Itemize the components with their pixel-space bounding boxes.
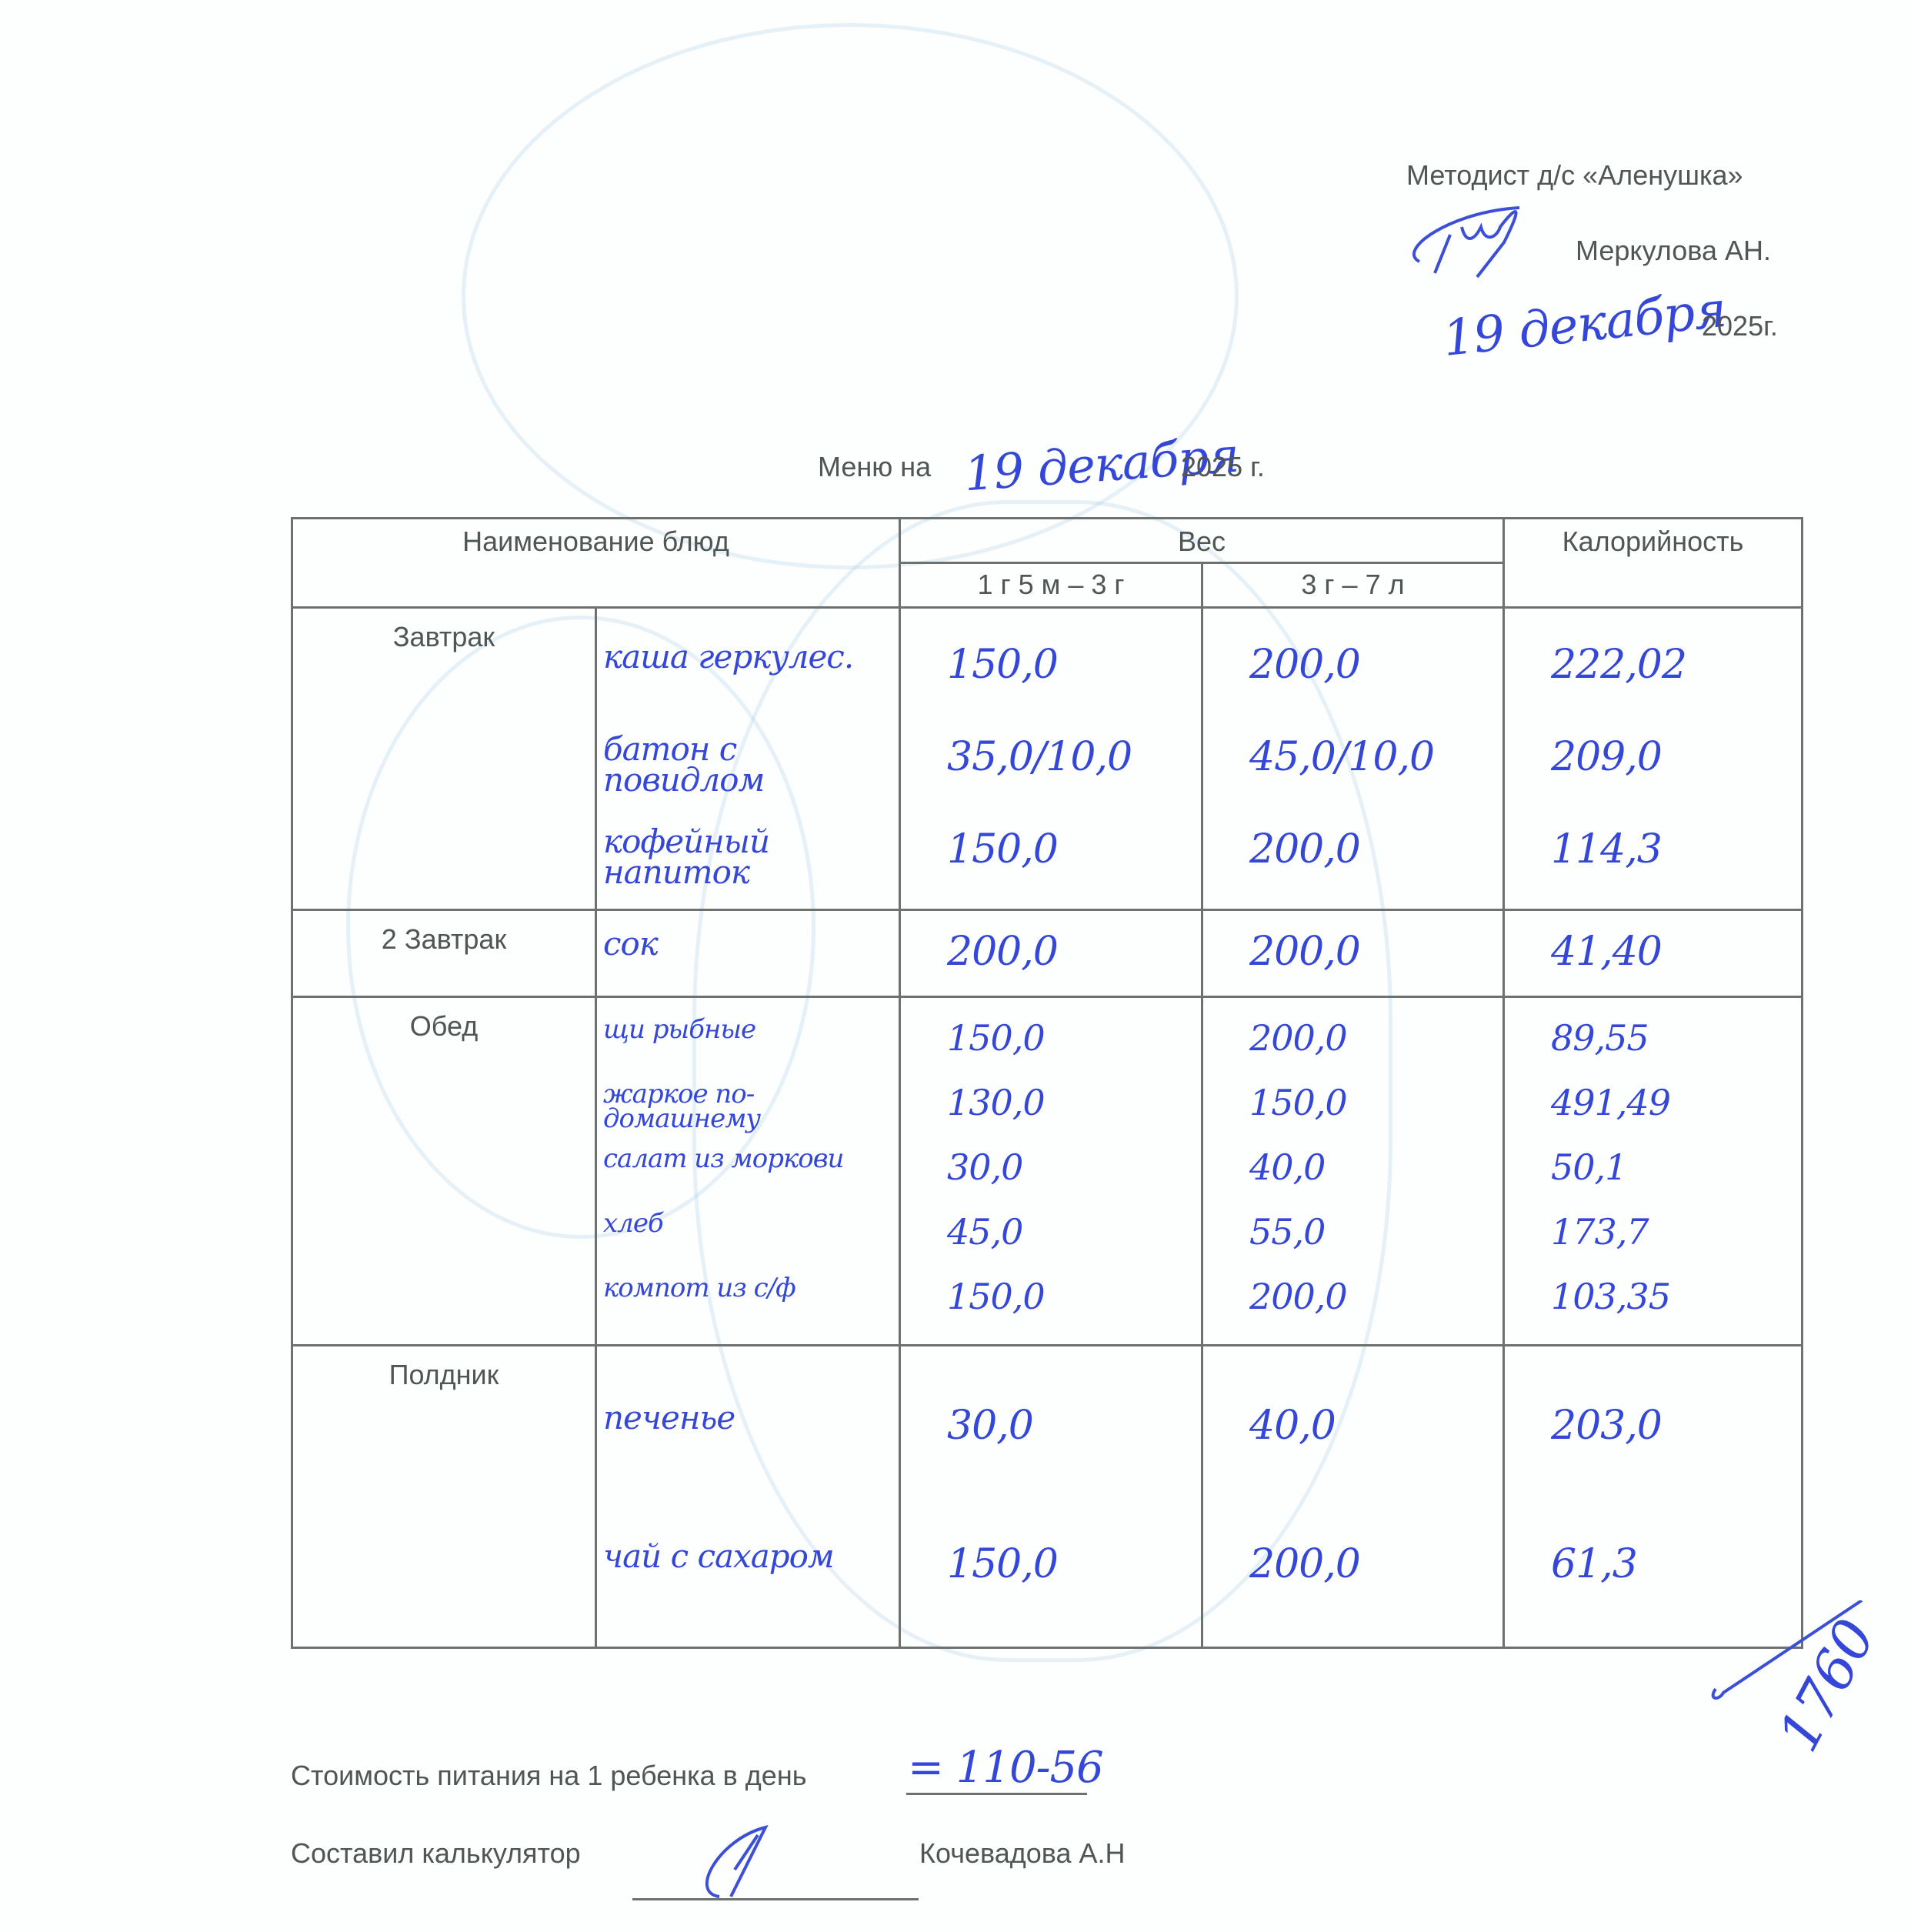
cost-underline	[906, 1793, 1087, 1795]
weight-cell: 150,0130,030,045,0150,0	[900, 997, 1202, 1346]
calories-value: 203,0	[1551, 1403, 1662, 1449]
weight-value: 40,0	[1249, 1403, 1336, 1449]
cost-label: Стоимость питания на 1 ребенка в день	[291, 1760, 806, 1792]
calories-value: 114,3	[1551, 826, 1662, 873]
dish-cell: сок	[596, 910, 900, 997]
dish-cell: щи рыбныежаркое по-домашнемусалат из мор…	[596, 997, 900, 1346]
calories-value: 491,49	[1551, 1082, 1670, 1123]
signature-methodist	[1404, 196, 1581, 281]
cost-value: = 110-56	[908, 1743, 1103, 1793]
dish-cell: печеньечай с сахаром	[596, 1346, 900, 1648]
weight-value: 150,0	[947, 1541, 1058, 1587]
weight-value: 130,0	[947, 1082, 1045, 1123]
weight-value: 200,0	[1249, 1541, 1360, 1587]
calories-value: 50,1	[1551, 1146, 1626, 1188]
header-age-group-1: 1 г 5 м – 3 г	[900, 563, 1202, 608]
weight-value: 200,0	[1249, 1276, 1347, 1317]
dish-name: батон с повидлом	[603, 734, 895, 796]
section-name: Завтрак	[292, 608, 596, 910]
weight-value: 30,0	[947, 1146, 1022, 1188]
section-row: 2 Завтраксок200,0200,041,40	[292, 910, 1803, 997]
dish-name: чай с сахаром	[603, 1541, 895, 1572]
weight-value: 200,0	[1249, 826, 1360, 873]
calories-value: 89,55	[1551, 1017, 1649, 1059]
weight-value: 40,0	[1249, 1146, 1325, 1188]
weight-value: 200,0	[1249, 642, 1360, 688]
weight-value: 200,0	[947, 929, 1058, 975]
calories-value: 103,35	[1551, 1276, 1670, 1317]
approval-date-handwritten: 19 декабря	[1440, 282, 1729, 368]
approval-name: Меркулова АН.	[1576, 235, 1771, 267]
dish-name: хлеб	[603, 1211, 895, 1236]
section-row: Завтраккаша геркулес.батон с повидломкоф…	[292, 608, 1803, 910]
dish-name: щи рыбные	[603, 1017, 895, 1042]
header-weight: Вес	[900, 519, 1504, 563]
weight-cell: 200,0	[1202, 910, 1504, 997]
menu-sections: Завтраккаша геркулес.батон с повидломкоф…	[292, 608, 1803, 1648]
weight-value: 45,0/10,0	[1249, 734, 1434, 780]
calories-value: 61,3	[1551, 1541, 1637, 1587]
dish-name: печенье	[603, 1403, 895, 1433]
calories-cell: 41,40	[1504, 910, 1803, 997]
approval-title: Методист д/с «Аленушка»	[1406, 159, 1743, 192]
dish-name: компот из с/ф	[603, 1276, 895, 1300]
weight-value: 150,0	[947, 1017, 1045, 1059]
weight-cell: 30,0150,0	[900, 1346, 1202, 1648]
calories-cell: 89,55491,4950,1173,7103,35	[1504, 997, 1803, 1346]
compiled-name: Кочевадова А.Н	[919, 1837, 1126, 1870]
calories-cell: 222,02209,0114,3	[1504, 608, 1803, 910]
dish-name: сок	[603, 929, 895, 959]
dish-name: каша геркулес.	[603, 642, 895, 672]
section-row: Полдникпеченьечай с сахаром30,0150,040,0…	[292, 1346, 1803, 1648]
weight-value: 200,0	[1249, 1017, 1347, 1059]
signature-calculator	[689, 1824, 827, 1900]
weight-cell: 200,0150,040,055,0200,0	[1202, 997, 1504, 1346]
weight-value: 200,0	[1249, 929, 1360, 975]
header-age-group-2: 3 г – 7 л	[1202, 563, 1504, 608]
menu-table: Наименование блюд Вес Калорийность 1 г 5…	[291, 517, 1803, 1649]
approval-year: 2025г.	[1702, 310, 1778, 342]
calories-value: 222,02	[1551, 642, 1686, 688]
weight-cell: 40,0200,0	[1202, 1346, 1504, 1648]
dish-name: салат из моркови	[603, 1146, 895, 1171]
weight-cell: 150,035,0/10,0150,0	[900, 608, 1202, 910]
weight-cell: 200,0	[900, 910, 1202, 997]
calories-value: 209,0	[1551, 734, 1662, 780]
section-name: 2 Завтрак	[292, 910, 596, 997]
weight-value: 150,0	[947, 826, 1058, 873]
weight-value: 35,0/10,0	[947, 734, 1132, 780]
calories-value: 173,7	[1551, 1211, 1649, 1253]
compiled-label: Составил калькулятор	[291, 1837, 581, 1870]
weight-value: 150,0	[1249, 1082, 1347, 1123]
weight-cell: 200,045,0/10,0200,0	[1202, 608, 1504, 910]
header-dish-name: Наименование блюд	[292, 519, 900, 608]
weight-value: 45,0	[947, 1211, 1022, 1253]
weight-value: 150,0	[947, 1276, 1045, 1317]
weight-value: 30,0	[947, 1403, 1033, 1449]
section-name: Обед	[292, 997, 596, 1346]
dish-cell: каша геркулес.батон с повидломкофейный н…	[596, 608, 900, 910]
calories-value: 41,40	[1551, 929, 1662, 975]
menu-title-prefix: Меню на	[818, 451, 931, 483]
menu-title-suffix: 2025 г.	[1181, 451, 1265, 483]
section-row: Обедщи рыбныежаркое по-домашнемусалат из…	[292, 997, 1803, 1346]
weight-value: 150,0	[947, 642, 1058, 688]
header-calories: Калорийность	[1504, 519, 1803, 608]
section-name: Полдник	[292, 1346, 596, 1648]
dish-name: кофейный напиток	[603, 826, 895, 888]
weight-value: 55,0	[1249, 1211, 1325, 1253]
dish-name: жаркое по-домашнему	[603, 1082, 895, 1132]
